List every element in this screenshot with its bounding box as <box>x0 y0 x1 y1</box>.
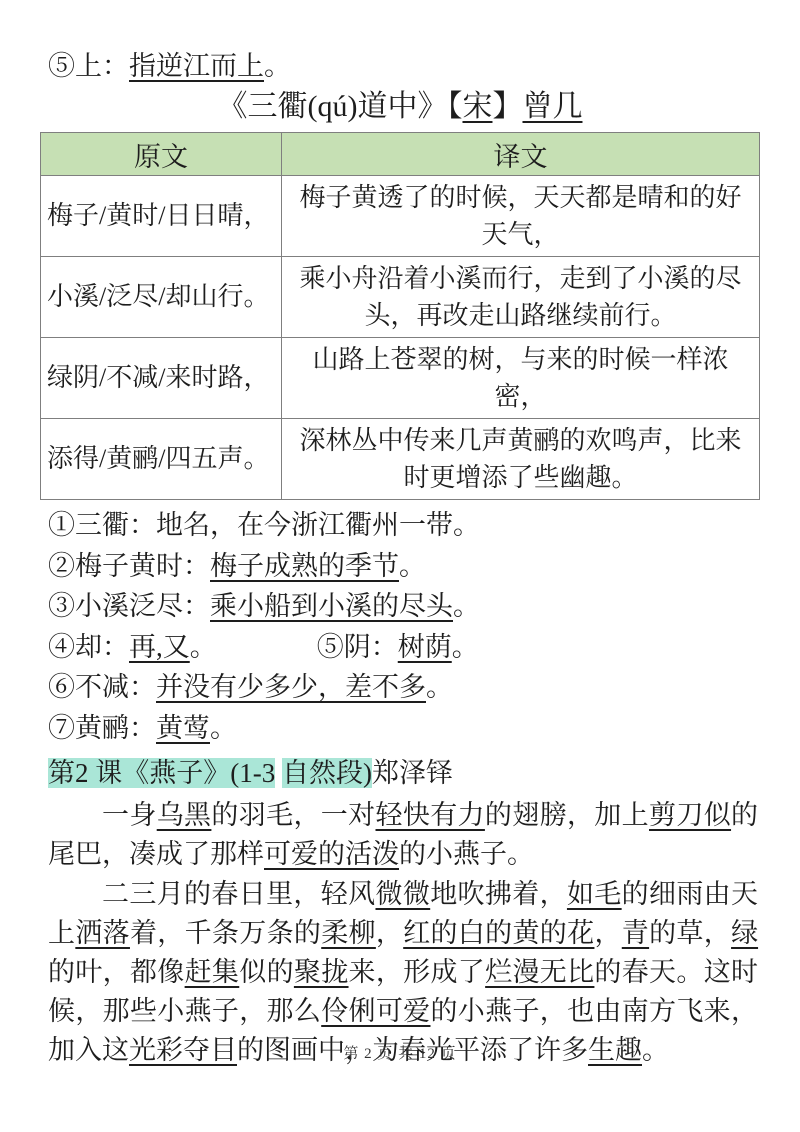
underlined-text-run: 微微 <box>375 879 430 909</box>
underlined-text-run: 伶俐可爱 <box>321 996 430 1026</box>
text-run: 。 <box>452 632 479 662</box>
text-run: ④却： <box>48 632 129 662</box>
underlined-text-run: 柔柳 <box>321 918 376 948</box>
column-header-original: 原文 <box>41 133 282 176</box>
lesson-2-heading: 第2 课《燕子》(1-3 自然段)郑泽铎 <box>48 751 760 795</box>
lesson-paragraph-1: 一身乌黑的羽毛，一对轻快有力的翅膀，加上剪刀似的尾巴，凑成了那样可爱的活泼的小燕… <box>48 796 758 874</box>
original-verse-cell: 梅子/黄时/日日晴， <box>41 176 282 257</box>
table-header-row: 原文 译文 <box>41 133 760 176</box>
highlighted-text-run: 第2 课《燕子》(1-3 <box>48 758 275 788</box>
poem-title: 《三衢(qú)道中》【宋】曾几 <box>0 88 800 126</box>
annotation-line-2: ②梅子黄时：梅子成熟的季节。 <box>48 546 760 587</box>
underlined-text-run: 乘小船到小溪的尽头 <box>210 591 453 621</box>
table-row: 绿阴/不减/来时路， 山路上苍翠的树，与来的时候一样浓密， <box>41 338 760 419</box>
underlined-text-run: 红的白的黄的花 <box>403 918 594 948</box>
text-run: ， <box>376 918 403 948</box>
text-run: 的羽毛，一对 <box>211 800 375 830</box>
text-run: 。 <box>399 551 426 581</box>
original-verse-cell: 绿阴/不减/来时路， <box>41 338 282 419</box>
text-run: 郑泽铎 <box>372 758 453 788</box>
highlighted-text-run: 自然段) <box>282 758 372 788</box>
annotation-line-4-5: ④却：再,又。⑤阴：树荫。 <box>48 627 760 668</box>
text-run <box>275 758 282 788</box>
annotation-line-3: ③小溪泛尽：乘小船到小溪的尽头。 <box>48 586 760 627</box>
underlined-text-run: 青 <box>622 918 649 948</box>
document-page: ⑤上：指逆江而上。 《三衢(qú)道中》【宋】曾几 原文 译文 梅子/黄时/日日… <box>0 0 800 1132</box>
translation-cell: 梅子黄透了的时候，天天都是晴和的好天气， <box>282 176 760 257</box>
underlined-text-run: 宋 <box>462 90 492 123</box>
annotation-line-5-top: ⑤上：指逆江而上。 <box>48 46 760 86</box>
underlined-text-run: 树荫 <box>398 632 452 662</box>
text-run: ①三衢：地名，在今浙江衢州一带。 <box>48 510 480 540</box>
page-number-footer: 第 2 页 共 12 页 <box>0 1042 800 1063</box>
underlined-text-run: 再,又 <box>129 632 190 662</box>
translation-cell: 深林丛中传来几声黄鹂的欢鸣声，比来时更增添了些幽趣。 <box>282 419 760 500</box>
underlined-text-run: 剪刀似 <box>649 800 731 830</box>
text-run: 。 <box>190 632 217 662</box>
text-run: 的叶，都像 <box>48 957 185 987</box>
text-run: 】 <box>492 90 522 123</box>
table-row: 小溪/泛尽/却山行。 乘小舟沿着小溪而行，走到了小溪的尽头，再改走山路继续前行。 <box>41 257 760 338</box>
word-annotations: ①三衢：地名，在今浙江衢州一带。 ②梅子黄时：梅子成熟的季节。 ③小溪泛尽：乘小… <box>48 505 760 748</box>
underlined-text-run: 梅子成熟的季节 <box>210 551 399 581</box>
text-run: ③小溪泛尽： <box>48 591 210 621</box>
text-run: ， <box>594 918 621 948</box>
text-run: ⑤阴： <box>317 632 398 662</box>
text-run: 的翅膀，加上 <box>485 800 649 830</box>
text-run: 。 <box>210 713 237 743</box>
text-run: 似的 <box>239 957 294 987</box>
translation-cell: 乘小舟沿着小溪而行，走到了小溪的尽头，再改走山路继续前行。 <box>282 257 760 338</box>
text-run: ⑤上： <box>48 51 129 81</box>
underlined-text-run: 烂漫无比 <box>485 957 594 987</box>
text-run: 【 <box>447 90 462 123</box>
annotation-line-6: ⑥不减：并没有少多少，差不多。 <box>48 667 760 708</box>
text-run: ⑥不减： <box>48 672 156 702</box>
underlined-text-run: 如毛 <box>567 879 622 909</box>
translation-cell: 山路上苍翠的树，与来的时候一样浓密， <box>282 338 760 419</box>
text-run: ②梅子黄时： <box>48 551 210 581</box>
underlined-text-run: 乌黑 <box>157 800 212 830</box>
underlined-text-run: 赶集 <box>185 957 240 987</box>
text-run: 一身 <box>102 800 157 830</box>
table-row: 梅子/黄时/日日晴， 梅子黄透了的时候，天天都是晴和的好天气， <box>41 176 760 257</box>
poem-translation-table: 原文 译文 梅子/黄时/日日晴， 梅子黄透了的时候，天天都是晴和的好天气， 小溪… <box>40 132 760 500</box>
underlined-text-run: 指逆江而上 <box>129 51 264 81</box>
original-verse-cell: 添得/黄鹂/四五声。 <box>41 419 282 500</box>
column-header-translation: 译文 <box>282 133 760 176</box>
underlined-text-run: 聚拢 <box>294 957 349 987</box>
lesson-paragraph-2: 二三月的春日里，轻风微微地吹拂着，如毛的细雨由天上洒落着，千条万条的柔柳，红的白… <box>48 875 758 1070</box>
underlined-text-run: 绿 <box>731 918 758 948</box>
text-run: 。 <box>426 672 453 702</box>
text-run: 二三月的春日里，轻风 <box>102 879 375 909</box>
annotation-line-7: ⑦黄鹂：黄莺。 <box>48 708 760 749</box>
underlined-text-run: 轻快有力 <box>376 800 485 830</box>
underlined-text-run: 洒落 <box>75 918 130 948</box>
text-run: 着，千条万条的 <box>130 918 321 948</box>
underlined-text-run: 黄莺 <box>156 713 210 743</box>
text-run: 。 <box>453 591 480 621</box>
table-row: 添得/黄鹂/四五声。 深林丛中传来几声黄鹂的欢鸣声，比来时更增添了些幽趣。 <box>41 419 760 500</box>
text-run: 的小燕子。 <box>399 839 534 869</box>
annotation-line-1: ①三衢：地名，在今浙江衢州一带。 <box>48 505 760 546</box>
text-run: 来，形成了 <box>349 957 486 987</box>
text-run: 的草， <box>649 918 731 948</box>
text-run: 。 <box>264 51 291 81</box>
underlined-text-run: 并没有少多少，差不多 <box>156 672 426 702</box>
text-run: 《三衢(qú)道中》 <box>218 90 448 123</box>
text-run: 地吹拂着， <box>430 879 567 909</box>
underlined-text-run: 可爱的活泼 <box>264 839 399 869</box>
original-verse-cell: 小溪/泛尽/却山行。 <box>41 257 282 338</box>
text-run: ⑦黄鹂： <box>48 713 156 743</box>
underlined-text-run: 曾几 <box>522 90 582 123</box>
